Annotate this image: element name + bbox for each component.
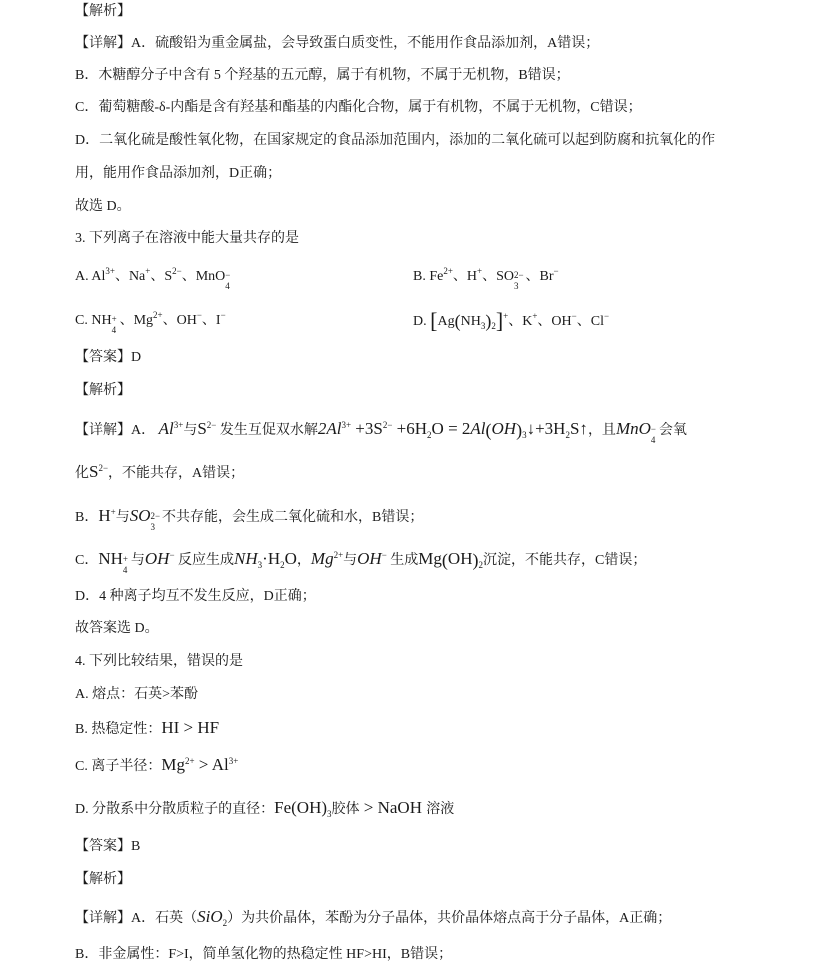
q3-detail-c: C．NH+4与OH− 反应生成NH3·H2O，Mg2+与OH− 生成Mg(OH)… [75,549,646,571]
answer-value: D [131,350,141,365]
detail-option-d-line1: D．二氧化硫是酸性氧化物，在国家规定的食品添加范围内，添加的二氧化硫可以起到防腐… [75,131,715,151]
answer-heading: 【答案】 [75,839,131,854]
q3-detail-a-line2: 化S2−，不能共存，A错误； [75,462,244,484]
q3-option-a: A. Al3+、Na+、S2−、MnO−4 [75,267,233,287]
answer-value: B [131,839,140,854]
answer-heading: 【答案】 [75,350,131,365]
detail-option-d-line2: 用，能用作食品添加剂，D正确； [75,164,281,184]
conclusion: 故选 D。 [75,197,131,217]
q4-detail-a: 【详解】A．石英（SiO2）为共价晶体，苯酚为分子晶体，共价晶体熔点高于分子晶体… [75,907,671,929]
q3-answer: 【答案】D [75,348,141,368]
q3-option-c: C. NH+4、Mg2+、OH−、I− [75,311,226,331]
q4-option-d: D. 分散系中分散质粒子的直径：Fe(OH)3胶体 > NaOH 溶液 [75,798,454,820]
q3-option-d: D. [Ag(NH3)2]+、K+、OH−、Cl− [413,311,609,332]
detail-option-c: C．葡萄糖酸-δ-内酯是含有羟基和酯基的内酯化合物，属于有机物，不属于无机物，C… [75,98,642,118]
q4-option-b: B. 热稳定性：HI > HF [75,718,219,740]
q3-detail-d: D．4 种离子均互不发生反应，D正确； [75,587,316,607]
detail-heading: 【详解】 [75,911,131,926]
option-label: D. [413,314,427,329]
detail-option-a: 【详解】A．硫酸铅为重金属盐，会导致蛋白质变性，不能用作食品添加剂，A错误； [75,34,599,54]
detail-heading: 【详解】 [75,423,131,438]
q3-detail-a-line1: 【详解】A． Al3+与S2− 发生互促双水解2Al3+ +3S2− +6H2O… [75,419,687,441]
q4-option-c: C. 离子半径：Mg2+ > Al3+ [75,755,238,777]
question-3-stem: 3. 下列离子在溶液中能大量共存的是 [75,229,299,249]
q3-conclusion: 故答案选 D。 [75,619,159,639]
option-label: C. [75,313,88,328]
q4-answer: 【答案】B [75,837,140,857]
detail-heading: 【详解】 [75,36,131,51]
analysis-heading: 【解析】 [75,2,131,22]
q4-detail-b: B．非金属性：F>I，简单氢化物的热稳定性 HF>HI，B错误； [75,945,452,965]
option-label: A. [75,269,89,284]
detail-option-b: B．木糖醇分子中含有 5 个羟基的五元醇，属于有机物，不属于无机物，B错误； [75,66,570,86]
q3-detail-b: B．H+与SO2−3 不共存能，会生成二氧化硫和水，B错误； [75,506,423,528]
option-label: B. [413,269,426,284]
question-4-stem: 4. 下列比较结果，错误的是 [75,652,243,672]
q4-analysis-heading: 【解析】 [75,870,131,890]
detail-text: A．硫酸铅为重金属盐，会导致蛋白质变性，不能用作食品添加剂，A错误； [131,36,599,51]
q3-option-b: B. Fe2+、H+、SO2−3 、Br− [413,267,559,287]
q3-analysis-heading: 【解析】 [75,381,131,401]
q4-option-a: A. 熔点：石英>苯酚 [75,685,198,705]
